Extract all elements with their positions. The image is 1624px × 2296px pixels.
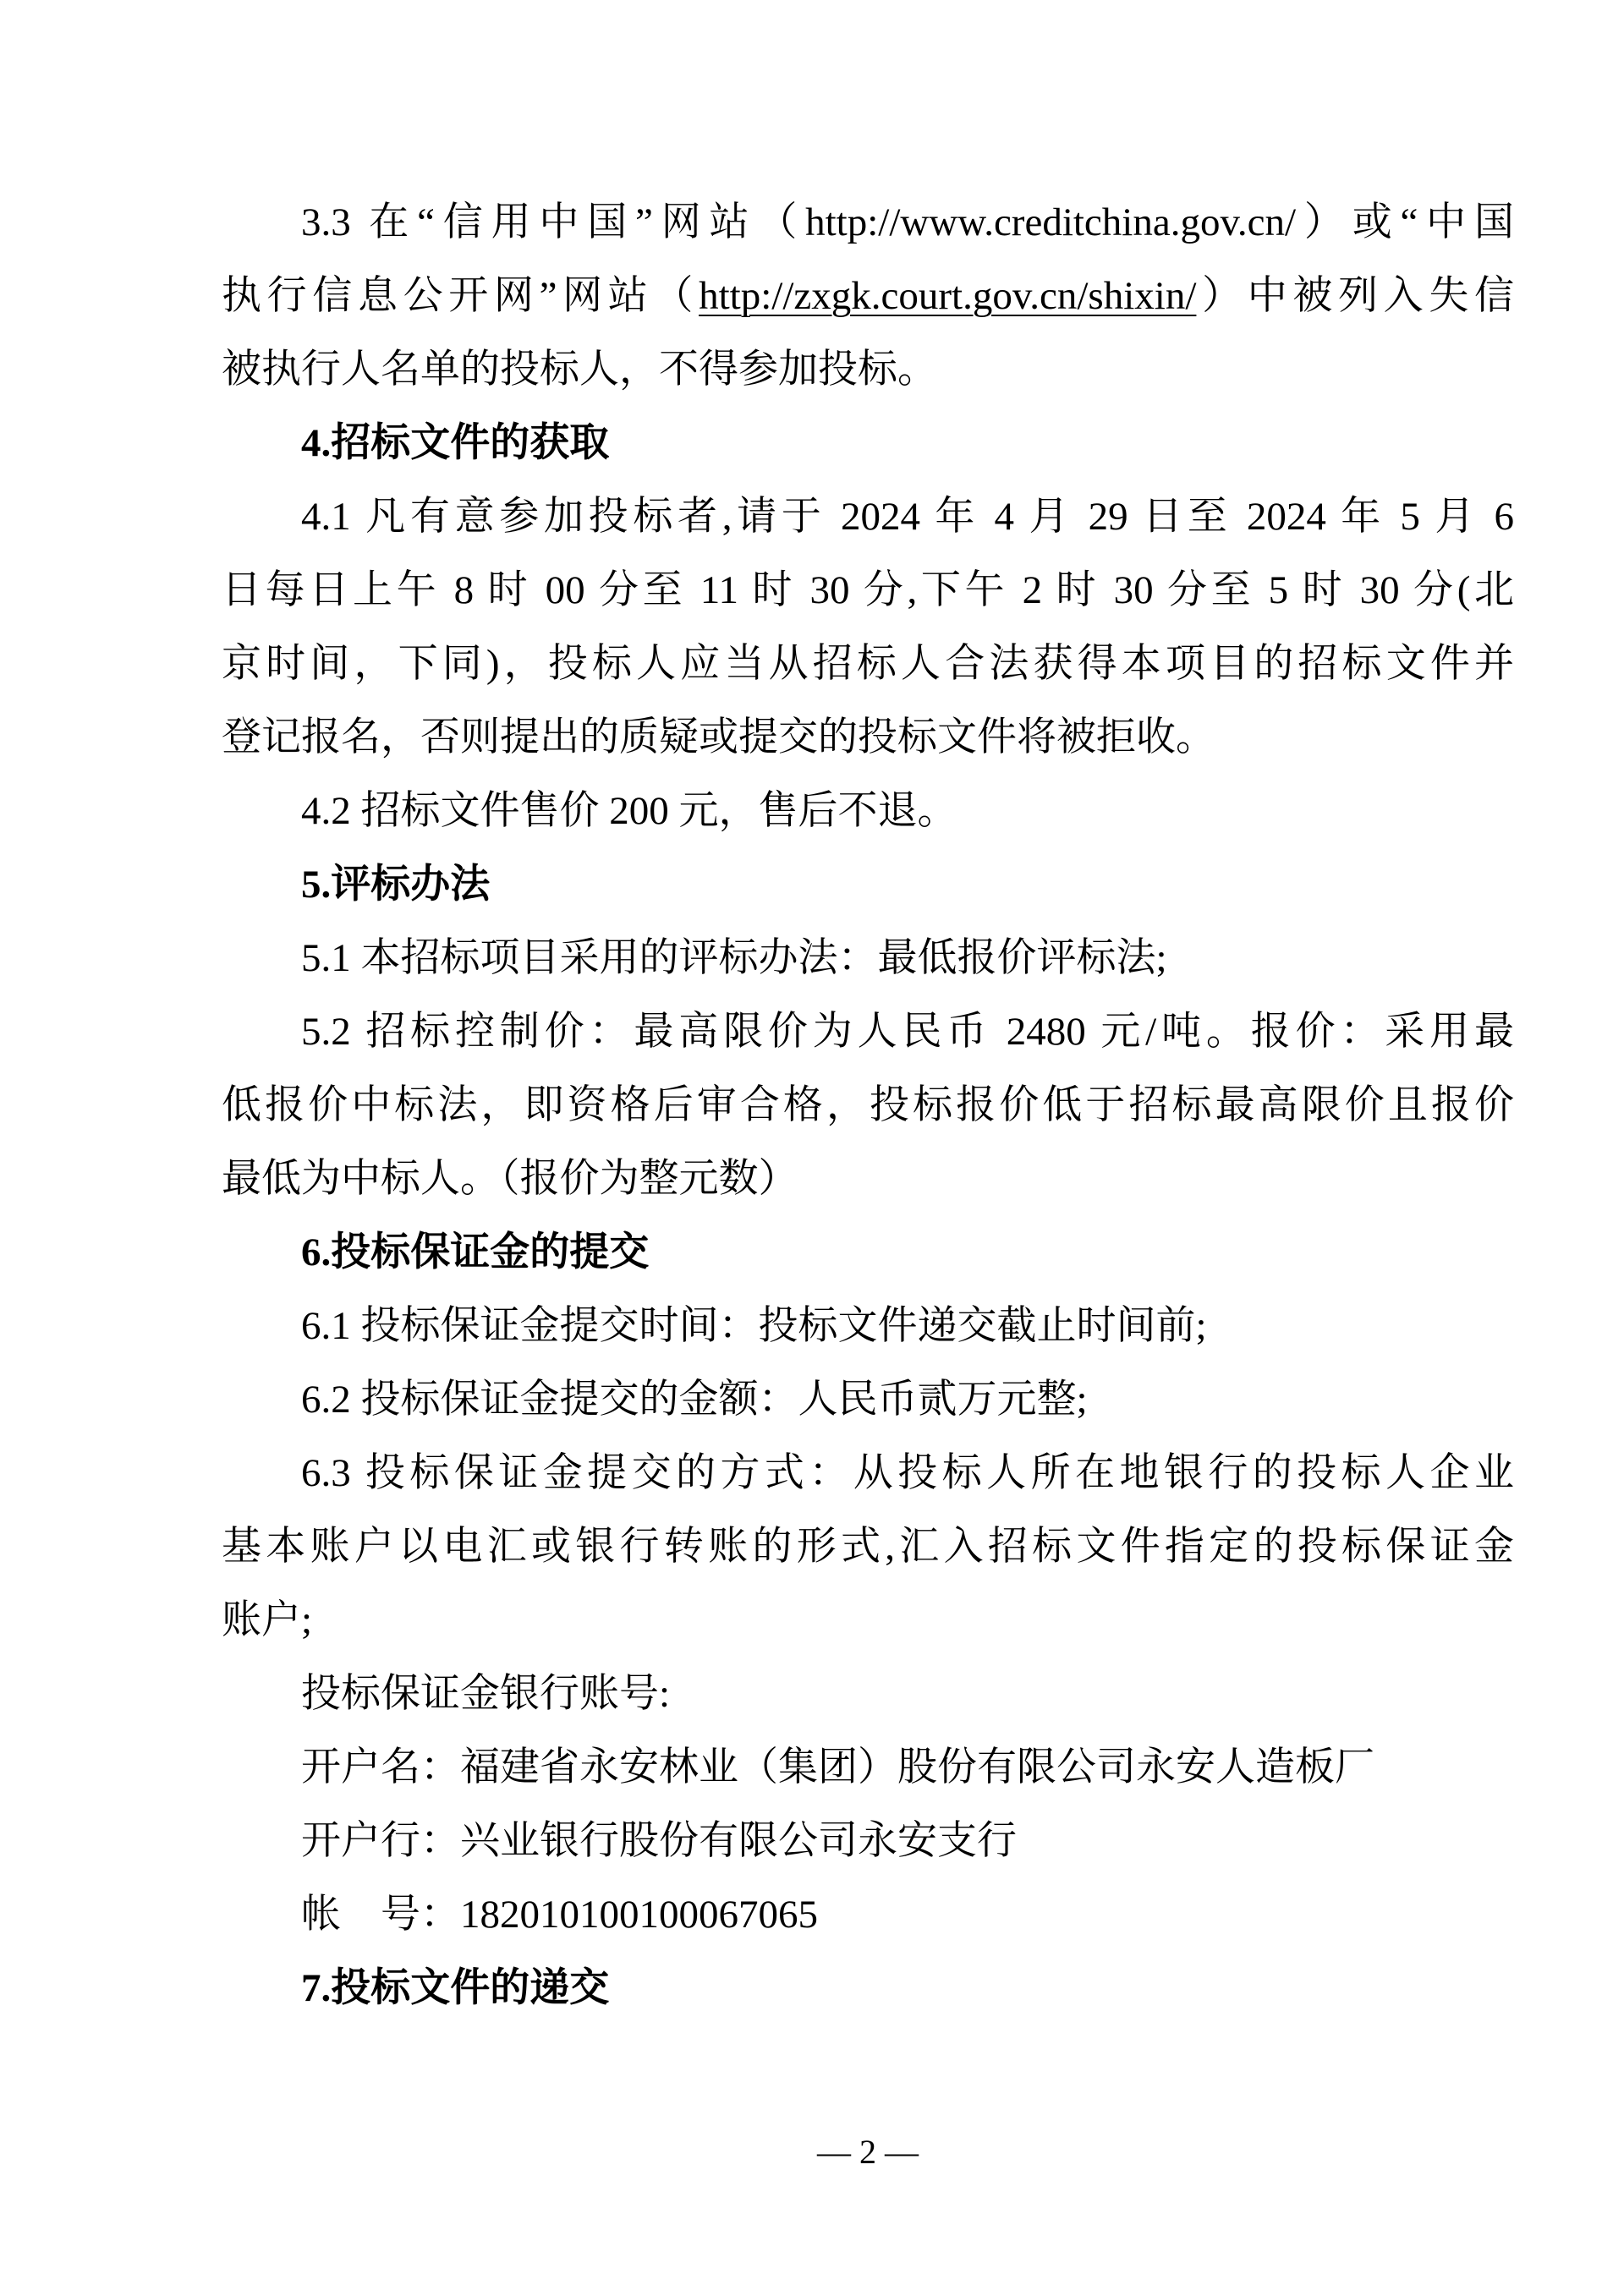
text-segment: ）中被列入失信	[1196, 274, 1514, 318]
text-segment: 4.招标文件的获取	[301, 421, 609, 465]
text-segment: 5.2 招标控制价：最高限价为人民币 2480 元/吨。报价：采用最	[301, 1010, 1514, 1054]
document-line: 6.3 投标保证金提交的方式：从投标人所在地银行的投标人企业	[222, 1437, 1514, 1510]
text-segment: 最低为中标人。（报价为整元数）	[222, 1157, 798, 1201]
text-segment: 4.1 凡有意参加投标者,请于 2024 年 4 月 29 日至 2024 年 …	[301, 495, 1514, 539]
text-segment: 投标保证金银行账号:	[301, 1672, 670, 1716]
document-line: 日每日上午 8 时 00 分至 11 时 30 分,下午 2 时 30 分至 5…	[222, 554, 1514, 627]
document-line: 低报价中标法，即资格后审合格，投标报价低于招标最高限价且报价	[222, 1069, 1514, 1143]
section-heading: 5.评标办法	[222, 848, 1514, 922]
text-segment: 低报价中标法，即资格后审合格，投标报价低于招标最高限价且报价	[222, 1083, 1514, 1127]
document-line: 开户行：兴业银行股份有限公司永安支行	[222, 1805, 1514, 1878]
text-segment: 账户;	[222, 1598, 312, 1642]
text-segment: 执行信息公开网”网站（	[222, 274, 699, 318]
text-segment: 4.2 招标文件售价 200 元，售后不退。	[301, 789, 957, 833]
text-segment: 开户行：兴业银行股份有限公司永安支行	[301, 1819, 1017, 1863]
text-segment: 3.3 在“信用中国”网站（http://www.creditchina.gov…	[301, 200, 1514, 244]
document-line: 账户;	[222, 1584, 1514, 1658]
section-heading: 6.投标保证金的提交	[222, 1216, 1514, 1290]
document-line: 4.1 凡有意参加投标者,请于 2024 年 4 月 29 日至 2024 年 …	[222, 480, 1514, 554]
text-segment: 开户名：福建省永安林业（集团）股份有限公司永安人造板厂	[301, 1745, 1374, 1789]
document-line: 被执行人名单的投标人，不得参加投标。	[222, 333, 1514, 407]
document-line: 京时间，下同)，投标人应当从招标人合法获得本项目的招标文件并	[222, 627, 1514, 701]
document-line: 5.1 本招标项目采用的评标办法：最低报价评标法;	[222, 922, 1514, 995]
document-line: 投标保证金银行账号:	[222, 1658, 1514, 1731]
text-segment: 6.2 投标保证金提交的金额：人民币贰万元整;	[301, 1378, 1088, 1422]
document-line: 最低为中标人。（报价为整元数）	[222, 1143, 1514, 1216]
document-line: 6.1 投标保证金提交时间：投标文件递交截止时间前;	[222, 1290, 1514, 1363]
document-line: 登记报名，否则提出的质疑或提交的投标文件将被拒收。	[222, 701, 1514, 775]
text-segment: 京时间，下同)，投标人应当从招标人合法获得本项目的招标文件并	[222, 642, 1514, 686]
text-segment: 基本账户以电汇或银行转账的形式,汇入招标文件指定的投标保证金	[222, 1525, 1514, 1569]
document-line: 6.2 投标保证金提交的金额：人民币贰万元整;	[222, 1363, 1514, 1437]
document-page: 3.3 在“信用中国”网站（http://www.creditchina.gov…	[0, 0, 1624, 2296]
text-segment: 6.3 投标保证金提交的方式：从投标人所在地银行的投标人企业	[301, 1451, 1514, 1495]
document-line: 执行信息公开网”网站（http://zxgk.court.gov.cn/shix…	[222, 260, 1514, 333]
text-segment: 日每日上午 8 时 00 分至 11 时 30 分,下午 2 时 30 分至 5…	[222, 568, 1514, 612]
document-body: 3.3 在“信用中国”网站（http://www.creditchina.gov…	[222, 186, 1514, 2025]
text-segment: 7.投标文件的递交	[301, 1966, 609, 2010]
section-heading: 4.招标文件的获取	[222, 407, 1514, 480]
document-line: 开户名：福建省永安林业（集团）股份有限公司永安人造板厂	[222, 1731, 1514, 1805]
text-segment: 登记报名，否则提出的质疑或提交的投标文件将被拒收。	[222, 715, 1215, 759]
document-line: 4.2 招标文件售价 200 元，售后不退。	[222, 775, 1514, 848]
document-line: 帐 号：182010100100067065	[222, 1878, 1514, 1952]
text-segment: 帐 号：182010100100067065	[301, 1893, 818, 1937]
document-line: 5.2 招标控制价：最高限价为人民币 2480 元/吨。报价：采用最	[222, 995, 1514, 1069]
text-segment: 6.1 投标保证金提交时间：投标文件递交截止时间前;	[301, 1304, 1207, 1348]
page-number: — 2 —	[222, 2127, 1514, 2178]
text-segment: 5.评标办法	[301, 863, 490, 907]
text-segment: 5.1 本招标项目采用的评标办法：最低报价评标法;	[301, 936, 1167, 980]
text-segment: 被执行人名单的投标人，不得参加投标。	[222, 348, 937, 392]
document-line: 基本账户以电汇或银行转账的形式,汇入招标文件指定的投标保证金	[222, 1510, 1514, 1584]
document-line: 3.3 在“信用中国”网站（http://www.creditchina.gov…	[222, 186, 1514, 260]
section-heading: 7.投标文件的递交	[222, 1952, 1514, 2025]
text-segment: 6.投标保证金的提交	[301, 1230, 649, 1274]
underlined-url: http://zxgk.court.gov.cn/shixin/	[699, 274, 1196, 318]
